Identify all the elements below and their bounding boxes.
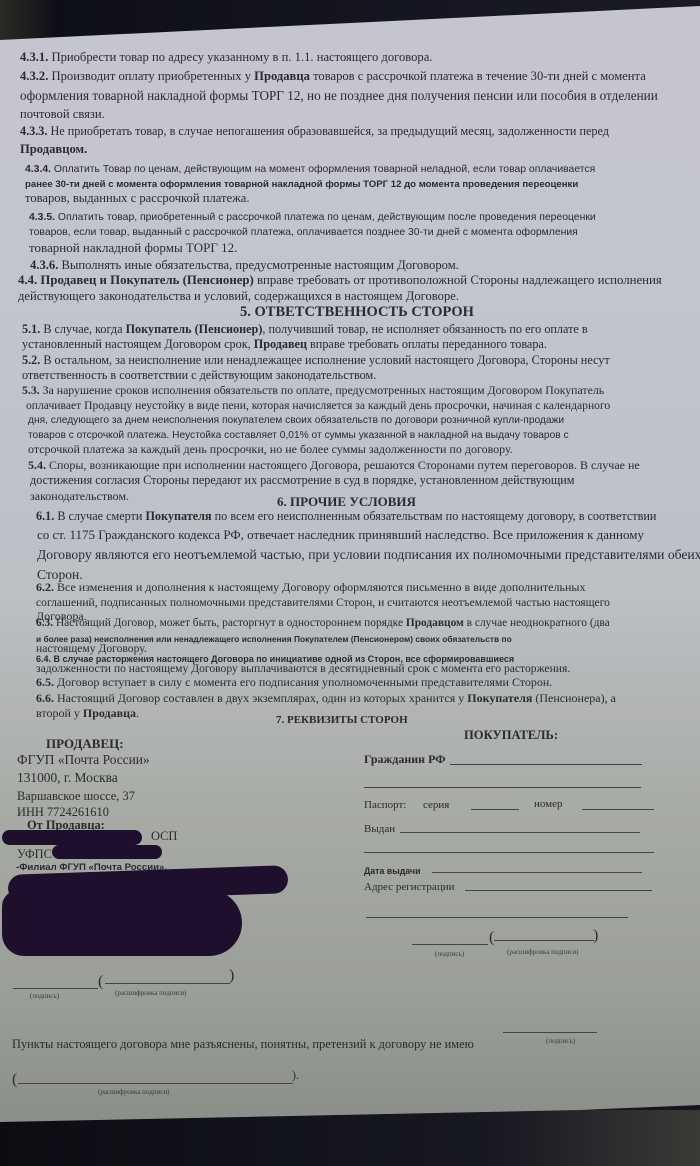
clause-6-6: 6.6. Настоящий Договор составлен в двух … (36, 691, 616, 706)
buyer-heading: ПОКУПАТЕЛЬ: (464, 728, 558, 743)
clause-5-3-line3: дня, следующего за днем неисполнения пок… (28, 413, 564, 428)
passport-series-field[interactable] (471, 809, 519, 810)
buyer-name-field[interactable] (450, 764, 642, 765)
clause-5-2-line2: ответственность в соответствии с действу… (22, 368, 376, 383)
clause-4-3-2-line3: почтовой связи. (20, 107, 105, 122)
clause-4-4-line2: действующего законодательства и условий,… (18, 289, 459, 304)
buyer-signature-caption: (подпись) (435, 950, 464, 958)
paren-open: ( (12, 1072, 17, 1088)
clause-4-3-6: 4.3.6. Выполнять иные обязательства, пре… (30, 258, 459, 273)
section-6-title: 6. ПРОЧИЕ УСЛОВИЯ (277, 494, 416, 510)
passport-issue-date-field[interactable] (432, 872, 642, 873)
buyer-signature-decode-caption: (расшифровка подписи) (507, 948, 578, 956)
clause-4-3-4-line2: ранее 30-ти дней с момента оформления то… (25, 177, 578, 192)
seller-signature-caption: (подпись) (30, 992, 59, 1000)
clause-5-3: 5.3. За нарушение сроков исполнения обяз… (22, 383, 604, 398)
clause-4-3-4: 4.3.4. Оплатить Товар по ценам, действую… (25, 162, 595, 177)
passport-issued-field[interactable] (400, 832, 640, 833)
buyer-passport-label: Паспорт: (364, 798, 406, 813)
buyer-address-field[interactable] (465, 890, 652, 891)
contract-page: 4.3.1. Приобрести товар по адресу указан… (0, 0, 700, 1166)
clause-6-2-line2: соглашений, подписанных полномочными пре… (36, 595, 610, 610)
buyer-series-label: серия (423, 798, 449, 813)
acknowledgement-decode-caption: (расшифровка подписи) (98, 1088, 169, 1096)
paren-close: ) (593, 928, 598, 944)
buyer-issued-label: Выдан (364, 822, 395, 837)
clause-4-4: 4.4. Продавец и Покупатель (Пенсионер) в… (18, 273, 662, 288)
redaction-mark (52, 845, 162, 859)
clause-6-1-line2: со ст. 1175 Гражданского кодекса РФ, отв… (37, 527, 644, 542)
clause-6-1-line3: Договору являются его неотъемлемой часть… (37, 547, 700, 562)
clause-5-2: 5.2. В остальном, за неисполнение или не… (22, 353, 610, 368)
acknowledgement-statement: Пункты настоящего договора мне разъяснен… (12, 1037, 474, 1052)
seller-signature-decode-line[interactable] (105, 983, 230, 984)
buyer-issue-date-label: Дата выдачи (364, 864, 421, 879)
clause-6-6-line2: второй у Продавца. (36, 706, 139, 721)
clause-5-1: 5.1. В случае, когда Покупатель (Пенсион… (22, 322, 588, 337)
clause-4-3-5: 4.3.5. Оплатить товар, приобретенный с р… (29, 210, 596, 225)
redaction-mark (2, 830, 142, 845)
seller-heading: ПРОДАВЕЦ: (46, 736, 124, 751)
acknowledgement-signature-caption: (подпись) (546, 1037, 575, 1045)
buyer-number-label: номер (534, 797, 563, 812)
clause-5-4-line3: законодательством. (30, 489, 129, 504)
seller-signature-line[interactable] (13, 988, 98, 989)
buyer-signature-decode-line[interactable] (494, 940, 594, 941)
clause-6-2: 6.2. Все изменения и дополнения к настоя… (36, 580, 585, 595)
buyer-name-field-line2[interactable] (364, 787, 641, 788)
buyer-signature-line[interactable] (412, 944, 488, 945)
clause-4-3-2: 4.3.2. Производит оплату приобретенных у… (20, 69, 646, 84)
clause-5-1-line2: установленный настоящем Договором срок, … (22, 337, 547, 352)
buyer-citizen-label: Гражданин РФ (364, 752, 446, 767)
buyer-address-label: Адрес регистрации (364, 880, 454, 895)
clause-4-3-3: 4.3.3. Не приобретать товар, в случае не… (20, 124, 609, 139)
clause-4-3-2-line2: оформления товарной накладной формы ТОРГ… (20, 88, 658, 103)
clause-5-3-line2: оплачивает Продавцу неустойку в виде пен… (26, 398, 610, 413)
seller-city: 131000, г. Москва (17, 770, 118, 785)
clause-6-3: 6.3. Настоящий Договор, может быть, раст… (36, 616, 610, 631)
seller-org: ФГУП «Почта России» (17, 752, 150, 767)
passport-number-field[interactable] (582, 809, 654, 810)
section-5-title: 5. ОТВЕТСТВЕННОСТЬ СТОРОН (240, 304, 474, 321)
clause-5-3-line5: отсрочкой платежа за каждый день просроч… (28, 442, 513, 457)
paren-close: ) (229, 968, 234, 984)
clause-6-5: 6.5. Договор вступает в силу с момента е… (36, 675, 552, 690)
acknowledgement-decode-line[interactable] (18, 1083, 293, 1084)
clause-5-3-line4: товаров с отсрочкой платежа. Неустойка с… (28, 428, 569, 443)
clause-5-4-line2: достижения согласия Стороны передают их … (30, 473, 575, 488)
seller-osp: ОСП (151, 829, 177, 844)
seller-signature-decode-caption: (расшифровка подписи) (115, 989, 186, 997)
clause-4-3-4-line3: товаров, выданных с рассрочкой платежа. (25, 191, 250, 206)
clause-4-3-5-line3: товарной накладной формы ТОРГ 12. (29, 240, 237, 255)
clause-4-3-1: 4.3.1. Приобрести товар по адресу указан… (20, 50, 432, 65)
section-7-title: 7. РЕКВИЗИТЫ СТОРОН (276, 714, 408, 726)
paren-open: ( (98, 974, 103, 990)
clause-4-3-3-line2: Продавцом. (20, 142, 87, 157)
clause-6-1: 6.1. В случае смерти Покупателя по всем … (36, 509, 656, 524)
seller-street: Варшавское шоссе, 37 (17, 789, 135, 804)
passport-issued-field-line2[interactable] (364, 852, 654, 853)
redaction-mark (2, 890, 242, 956)
clause-5-4: 5.4. Споры, возникающие при исполнении н… (28, 458, 640, 473)
acknowledgement-signature-line[interactable] (503, 1032, 597, 1033)
paren-open: ( (489, 930, 494, 946)
clause-6-4-line2: задолженности по настоящему Договору вып… (36, 661, 570, 676)
buyer-address-field-line2[interactable] (366, 917, 628, 918)
clause-4-3-5-line2: товаров, если товар, выданный с рассрочк… (29, 225, 578, 240)
closing-paren: ). (292, 1068, 299, 1083)
